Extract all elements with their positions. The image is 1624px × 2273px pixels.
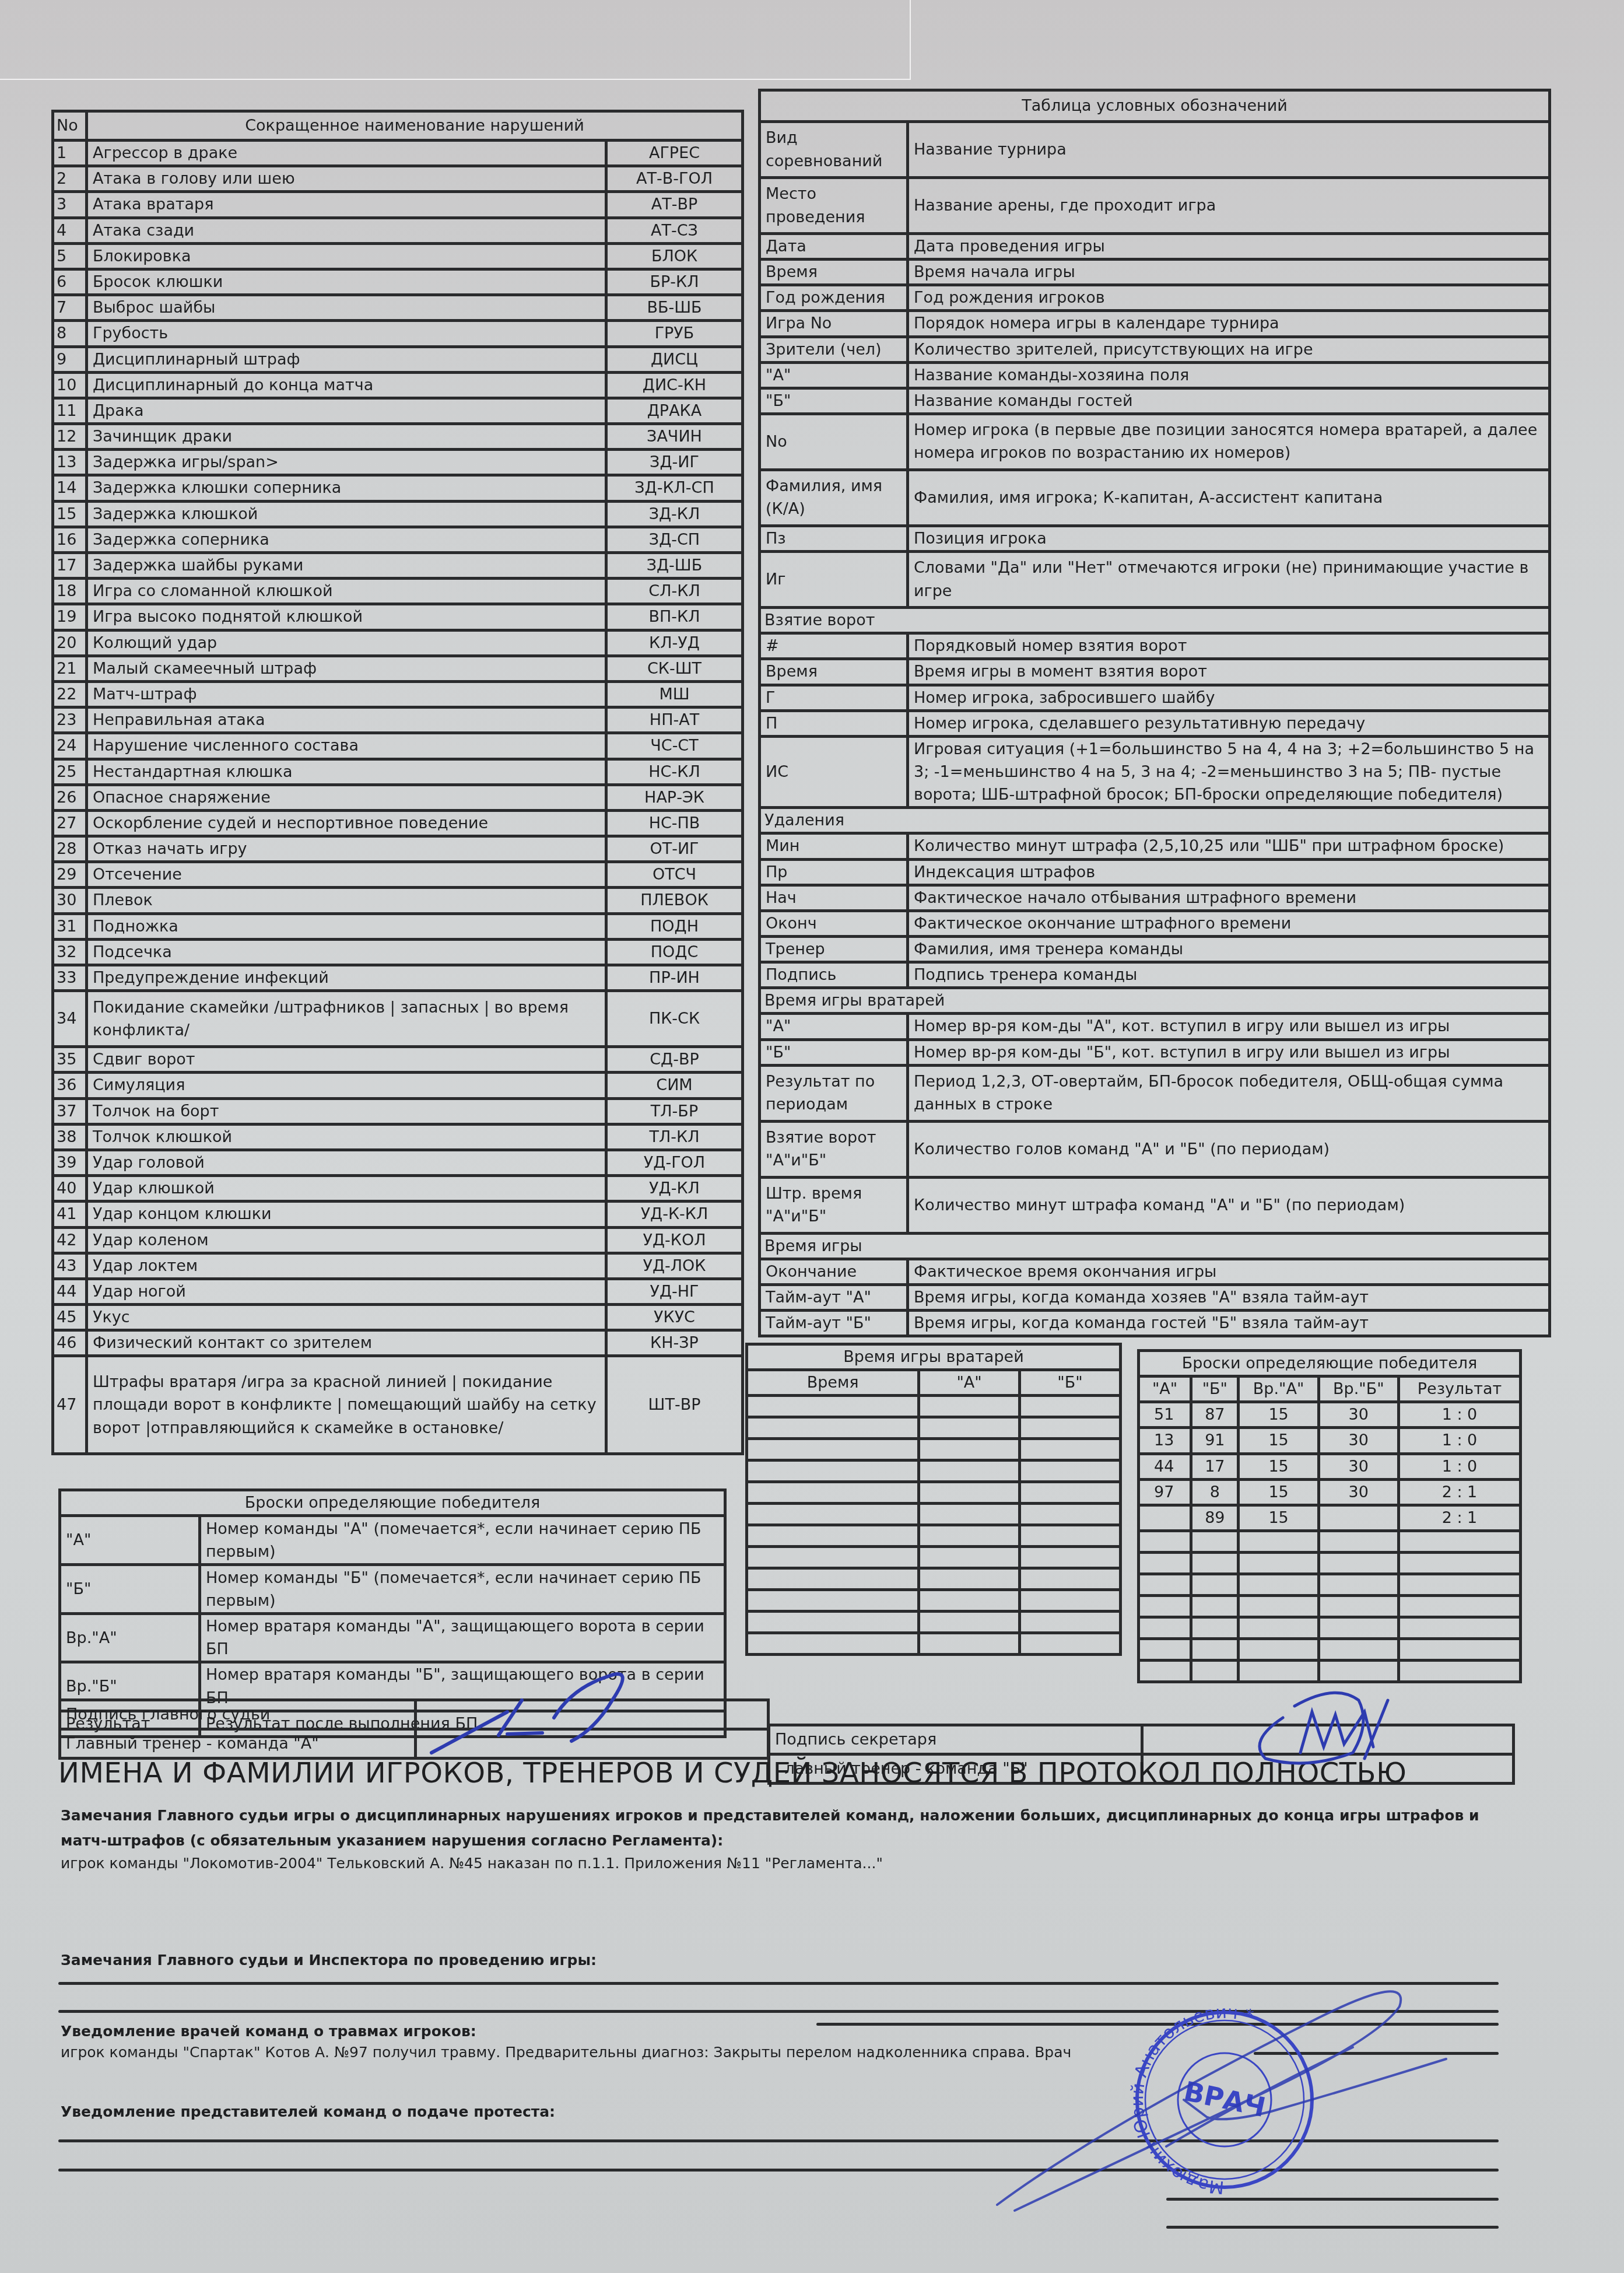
- violation-code: ПОДС: [606, 939, 743, 965]
- violation-row: 47Штрафы вратаря /игра за красной линией…: [53, 1356, 743, 1454]
- violation-name: Подсечка: [87, 939, 606, 965]
- violation-code: ВП-КЛ: [606, 604, 743, 630]
- shootout-row: 518715301 : 0: [1139, 1402, 1521, 1428]
- goalie-time-cell-b[interactable]: [1020, 1439, 1121, 1461]
- violation-name: Сдвиг ворот: [87, 1047, 606, 1073]
- violation-row: 45УкусУКУС: [53, 1305, 743, 1330]
- shootout-legend-value: Номер команды "Б" (помечается*, если нач…: [200, 1565, 725, 1614]
- violation-code: СИМ: [606, 1073, 743, 1098]
- shootout-cell-goalie-a[interactable]: [1239, 1574, 1318, 1595]
- violation-number: 19: [53, 604, 87, 630]
- violation-number: 45: [53, 1305, 87, 1330]
- shootout-cell-goalie-b[interactable]: [1318, 1595, 1398, 1617]
- shootout-cell-b[interactable]: [1191, 1595, 1239, 1617]
- violation-row: 43Удар локтемУД-ЛОК: [53, 1253, 743, 1279]
- legend-row: Результат по периодамПериод 1,2,3, ОТ-ов…: [760, 1065, 1550, 1121]
- goalie-time-col-a: "А": [919, 1370, 1020, 1396]
- violation-row: 36СимуляцияСИМ: [53, 1073, 743, 1098]
- shootout-legend-key: "А": [60, 1516, 200, 1565]
- head-referee-signature-label: Подпись главного судьи: [60, 1700, 416, 1729]
- goalie-time-cell-b[interactable]: [1020, 1504, 1121, 1525]
- goalie-time-row: [747, 1547, 1121, 1568]
- crop-frame: [0, 0, 911, 80]
- shootout-cell-result[interactable]: [1398, 1574, 1520, 1595]
- violation-name: Атака сзади: [87, 218, 606, 243]
- shootout-col-b: "Б": [1191, 1377, 1239, 1402]
- violation-code: ТЛ-БР: [606, 1098, 743, 1124]
- legend-key: Год рождения: [760, 285, 908, 311]
- goalie-time-cell-time[interactable]: [747, 1482, 919, 1504]
- violation-name: Задержка игры/span>: [87, 450, 606, 475]
- shootout-cell-goalie-a[interactable]: 15: [1239, 1505, 1318, 1530]
- violation-name: Физический контакт со зрителем: [87, 1330, 606, 1356]
- legend-row: "Б"Номер вр-ря ком-ды "Б", кот. вступил …: [760, 1039, 1550, 1065]
- shootout-cell-goalie-a[interactable]: [1239, 1638, 1318, 1660]
- shootout-cell-goalie-a[interactable]: [1239, 1552, 1318, 1574]
- goalie-time-table: Время игры вратарей Время "А" "Б": [745, 1343, 1122, 1656]
- legend-section-row: Время игры вратарей: [760, 988, 1550, 1014]
- shootout-cell-goalie-a[interactable]: 15: [1239, 1454, 1318, 1479]
- shootout-cell-result[interactable]: 1 : 0: [1398, 1454, 1520, 1479]
- violation-row: 46Физический контакт со зрителемКН-ЗР: [53, 1330, 743, 1356]
- violation-row: 29ОтсечениеОТСЧ: [53, 862, 743, 888]
- goalie-time-cell-b[interactable]: [1020, 1396, 1121, 1417]
- shootout-cell-result[interactable]: [1398, 1638, 1520, 1660]
- violation-row: 24Нарушение численного составаЧС-СТ: [53, 733, 743, 759]
- legend-value: Фактическое начало отбывания штрафного в…: [908, 885, 1550, 910]
- coach-a-label: Главный тренер - команда "А": [60, 1729, 416, 1759]
- violation-number: 43: [53, 1253, 87, 1279]
- goalie-time-cell-b[interactable]: [1020, 1547, 1121, 1568]
- shootout-cell-goalie-b[interactable]: [1318, 1617, 1398, 1638]
- violation-code: ГРУБ: [606, 321, 743, 346]
- legend-section-title: Время игры вратарей: [760, 988, 1550, 1014]
- violation-code: АТ-ВР: [606, 192, 743, 218]
- violation-row: 40Удар клюшкойУД-КЛ: [53, 1176, 743, 1202]
- violation-row: 23Неправильная атакаНП-АТ: [53, 708, 743, 733]
- legend-value: Позиция игрока: [908, 526, 1550, 551]
- shootout-row: [1139, 1595, 1521, 1617]
- legend-row: ТренерФамилия, имя тренера команды: [760, 936, 1550, 962]
- violation-row: 33Предупреждение инфекцийПР-ИН: [53, 965, 743, 991]
- violation-row: 18Игра со сломанной клюшкойСЛ-КЛ: [53, 579, 743, 604]
- legend-row: ГНомер игрока, забросившего шайбу: [760, 685, 1550, 710]
- shootout-cell-goalie-a[interactable]: 15: [1239, 1479, 1318, 1505]
- shootout-row: [1139, 1638, 1521, 1660]
- goalie-time-col-time: Время: [747, 1370, 919, 1396]
- goalie-time-row: [747, 1633, 1121, 1655]
- legend-row: ОкончФактическое окончание штрафного вре…: [760, 910, 1550, 936]
- shootout-cell-goalie-a[interactable]: [1239, 1617, 1318, 1638]
- violation-name: Нарушение численного состава: [87, 733, 606, 759]
- violation-code: НС-ПВ: [606, 810, 743, 836]
- head-referee-signature-icon: [420, 1665, 676, 1759]
- inspector-remarks-heading: Замечания Главного судьи и Инспектора по…: [61, 1948, 1489, 1973]
- shootout-cell-b[interactable]: 8: [1191, 1479, 1239, 1505]
- violation-code: АТ-СЗ: [606, 218, 743, 243]
- legend-key: Зрители (чел): [760, 337, 908, 362]
- goalie-time-cell-b[interactable]: [1020, 1590, 1121, 1612]
- goalie-time-row: [747, 1590, 1121, 1612]
- shootout-cell-result[interactable]: [1398, 1595, 1520, 1617]
- violation-row: 4Атака сзадиАТ-СЗ: [53, 218, 743, 243]
- shootout-cell-goalie-b[interactable]: 30: [1318, 1479, 1398, 1505]
- violation-row: 7Выброс шайбыВБ-ШБ: [53, 295, 743, 321]
- shootout-cell-result[interactable]: [1398, 1617, 1520, 1638]
- shootout-cell-b[interactable]: 89: [1191, 1505, 1239, 1530]
- violation-row: 26Опасное снаряжениеНАР-ЭК: [53, 784, 743, 810]
- shootout-cell-goalie-b[interactable]: [1318, 1638, 1398, 1660]
- violation-number: 44: [53, 1279, 87, 1304]
- shootout-legend-title: Броски определяющие победителя: [60, 1490, 725, 1516]
- violation-code: АТ-В-ГОЛ: [606, 166, 743, 192]
- goalie-time-cell-a[interactable]: [919, 1568, 1020, 1590]
- shootout-cell-result[interactable]: 1 : 0: [1398, 1428, 1520, 1454]
- protocol-sheet: No Сокращенное наименование нарушений 1А…: [0, 0, 1624, 2273]
- legend-value: Год рождения игроков: [908, 285, 1550, 311]
- shootout-cell-goalie-a[interactable]: [1239, 1660, 1318, 1682]
- goalie-time-cell-b[interactable]: [1020, 1461, 1121, 1482]
- shootout-cell-goalie-b[interactable]: [1318, 1505, 1398, 1530]
- shootout-cell-b[interactable]: [1191, 1552, 1239, 1574]
- legend-key: #: [760, 633, 908, 659]
- violation-row: 35Сдвиг воротСД-ВР: [53, 1047, 743, 1073]
- violation-code: ЗАЧИН: [606, 424, 743, 450]
- violations-table: No Сокращенное наименование нарушений 1А…: [51, 110, 744, 1455]
- violation-code: ПК-СК: [606, 991, 743, 1047]
- legend-value: Игровая ситуация (+1=большинство 5 на 4,…: [908, 736, 1550, 807]
- violation-code: СЛ-КЛ: [606, 579, 743, 604]
- legend-key: Место проведения: [760, 178, 908, 234]
- violation-name: Игра со сломанной клюшкой: [87, 579, 606, 604]
- violation-row: 34Покидание скамейки /штрафников | запас…: [53, 991, 743, 1047]
- violation-number: 20: [53, 630, 87, 656]
- legend-value: Подпись тренера команды: [908, 962, 1550, 988]
- goalie-time-cell-time[interactable]: [747, 1633, 919, 1655]
- shootout-cell-b[interactable]: [1191, 1660, 1239, 1682]
- violation-number: 38: [53, 1124, 87, 1150]
- legend-key: Дата: [760, 234, 908, 260]
- violation-name: Удар головой: [87, 1150, 606, 1175]
- goalie-time-row: [747, 1612, 1121, 1633]
- legend-row: НачФактическое начало отбывания штрафног…: [760, 885, 1550, 910]
- legend-key: Пр: [760, 859, 908, 885]
- legend-value: Словами "Да" или "Нет" отмечаются игроки…: [908, 552, 1550, 608]
- goalie-time-cell-time[interactable]: [747, 1439, 919, 1461]
- goalie-time-cell-a[interactable]: [919, 1547, 1020, 1568]
- shootout-cell-goalie-b[interactable]: 30: [1318, 1428, 1398, 1454]
- violation-row: 44Удар ногойУД-НГ: [53, 1279, 743, 1304]
- violation-code: ПЛЕВОК: [606, 888, 743, 913]
- legend-key: Фамилия, имя (К/А): [760, 470, 908, 526]
- legend-row: ПрИндексация штрафов: [760, 859, 1550, 885]
- goalie-time-cell-time[interactable]: [747, 1417, 919, 1439]
- shootout-cell-result[interactable]: 2 : 1: [1398, 1505, 1520, 1530]
- shootout-cell-b[interactable]: 17: [1191, 1454, 1239, 1479]
- violation-name: Подножка: [87, 913, 606, 939]
- goalie-time-cell-a[interactable]: [919, 1417, 1020, 1439]
- shootout-cell-result[interactable]: [1398, 1530, 1520, 1552]
- violation-name: Выброс шайбы: [87, 295, 606, 321]
- violation-code: НП-АТ: [606, 708, 743, 733]
- violation-number: 2: [53, 166, 87, 192]
- violation-number: 33: [53, 965, 87, 991]
- secretary-signature-label: Подпись секретаря: [769, 1725, 1142, 1754]
- shootout-cell-a[interactable]: [1139, 1552, 1191, 1574]
- secretary-signature-icon: [1248, 1689, 1423, 1782]
- violation-row: 9Дисциплинарный штрафДИСЦ: [53, 346, 743, 372]
- legend-section-title: Время игры: [760, 1233, 1550, 1259]
- shootout-cell-goalie-b[interactable]: [1318, 1660, 1398, 1682]
- goalie-time-cell-b[interactable]: [1020, 1568, 1121, 1590]
- violation-number: 4: [53, 218, 87, 243]
- violation-row: 28Отказ начать игруОТ-ИГ: [53, 836, 743, 862]
- violation-name: Удар концом клюшки: [87, 1202, 606, 1227]
- legend-row: Игра NoПорядок номера игры в календаре т…: [760, 311, 1550, 337]
- shootout-legend-value: Номер команды "А" (помечается*, если нач…: [200, 1516, 725, 1565]
- legend-row: "А"Номер вр-ря ком-ды "А", кот. вступил …: [760, 1014, 1550, 1039]
- violation-name: Игра высоко поднятой клюшкой: [87, 604, 606, 630]
- violation-number: 18: [53, 579, 87, 604]
- shootout-cell-goalie-a[interactable]: 15: [1239, 1402, 1318, 1428]
- shootout-legend-key: Вр."А": [60, 1614, 200, 1662]
- violation-number: 12: [53, 424, 87, 450]
- violation-code: КН-ЗР: [606, 1330, 743, 1356]
- violation-number: 14: [53, 475, 87, 501]
- legend-row: ПзПозиция игрока: [760, 526, 1550, 551]
- shootout-cell-a[interactable]: 97: [1139, 1479, 1191, 1505]
- shootout-row: [1139, 1660, 1521, 1682]
- violation-name: Малый скамеечный штраф: [87, 656, 606, 681]
- goalie-time-cell-a[interactable]: [919, 1525, 1020, 1547]
- violation-name: Задержка шайбы руками: [87, 553, 606, 579]
- shootout-cell-a[interactable]: [1139, 1530, 1191, 1552]
- violation-row: 13Задержка игры/span>ЗД-ИГ: [53, 450, 743, 475]
- goalie-time-cell-a[interactable]: [919, 1612, 1020, 1633]
- goalie-time-cell-time[interactable]: [747, 1461, 919, 1482]
- shootout-cell-a[interactable]: 51: [1139, 1402, 1191, 1428]
- shootout-cell-goalie-b[interactable]: [1318, 1530, 1398, 1552]
- shootout-cell-result[interactable]: [1398, 1552, 1520, 1574]
- shootout-cell-goalie-b[interactable]: [1318, 1574, 1398, 1595]
- goalie-time-row: [747, 1439, 1121, 1461]
- violation-code: ОТ-ИГ: [606, 836, 743, 862]
- legend-row: Тайм-аут "Б"Время игры, когда команда го…: [760, 1311, 1550, 1336]
- legend-value: Период 1,2,3, ОТ-овертайм, БП-бросок поб…: [908, 1065, 1550, 1121]
- goalie-time-cell-time[interactable]: [747, 1504, 919, 1525]
- shootout-cell-a[interactable]: [1139, 1505, 1191, 1530]
- shootout-legend-row: Вр."А"Номер вратаря команды "А", защищаю…: [60, 1614, 725, 1662]
- shootout-cell-b[interactable]: 87: [1191, 1402, 1239, 1428]
- legend-key: ИС: [760, 736, 908, 807]
- violation-name: Толчок на борт: [87, 1098, 606, 1124]
- goalie-time-cell-time[interactable]: [747, 1396, 919, 1417]
- violation-name: Предупреждение инфекций: [87, 965, 606, 991]
- shootout-cell-a[interactable]: [1139, 1660, 1191, 1682]
- legend-key: Штр. время "А"и"Б": [760, 1177, 908, 1233]
- violation-row: 6Бросок клюшкиБР-КЛ: [53, 269, 743, 295]
- shootout-row: 139115301 : 0: [1139, 1428, 1521, 1454]
- violation-row: 14Задержка клюшки соперникаЗД-КЛ-СП: [53, 475, 743, 501]
- goalie-time-cell-a[interactable]: [919, 1482, 1020, 1504]
- legend-row: ПодписьПодпись тренера команды: [760, 962, 1550, 988]
- shootout-cell-result[interactable]: [1398, 1660, 1520, 1682]
- goalie-time-cell-time[interactable]: [747, 1547, 919, 1568]
- legend-value: Название арены, где проходит игра: [908, 178, 1550, 234]
- legend-key: Нач: [760, 885, 908, 910]
- goalie-time-cell-b[interactable]: [1020, 1417, 1121, 1439]
- violation-code: ЗД-КЛ: [606, 501, 743, 527]
- legend-row: "А"Название команды-хозяина поля: [760, 362, 1550, 388]
- shootout-cell-b[interactable]: 91: [1191, 1428, 1239, 1454]
- legend-value: Номер вр-ря ком-ды "А", кот. вступил в и…: [908, 1014, 1550, 1039]
- referee-remarks-text[interactable]: игрок команды "Локомотив-2004" Тельковск…: [61, 1855, 883, 1872]
- violation-number: 25: [53, 759, 87, 784]
- violation-code: ОТСЧ: [606, 862, 743, 888]
- legend-section-row: Удаления: [760, 808, 1550, 833]
- shootout-table: Броски определяющие победителя "А" "Б" В…: [1137, 1349, 1522, 1683]
- violation-number: 23: [53, 708, 87, 733]
- legend-value: Номер игрока, забросившего шайбу: [908, 685, 1550, 710]
- violation-number: 39: [53, 1150, 87, 1175]
- legend-section-row: Время игры: [760, 1233, 1550, 1259]
- shootout-cell-goalie-a[interactable]: [1239, 1595, 1318, 1617]
- shootout-cell-result[interactable]: 1 : 0: [1398, 1402, 1520, 1428]
- violation-row: 5БлокировкаБЛОК: [53, 243, 743, 269]
- violation-code: СД-ВР: [606, 1047, 743, 1073]
- legend-row: ВремяВремя игры в момент взятия ворот: [760, 659, 1550, 685]
- shootout-cell-a[interactable]: [1139, 1595, 1191, 1617]
- shootout-cell-a[interactable]: [1139, 1574, 1191, 1595]
- violation-row: 41Удар концом клюшкиУД-К-КЛ: [53, 1202, 743, 1227]
- shootout-row: 97815302 : 1: [1139, 1479, 1521, 1505]
- shootout-cell-result[interactable]: 2 : 1: [1398, 1479, 1520, 1505]
- violation-code: УД-ГОЛ: [606, 1150, 743, 1175]
- violation-name: Оскорбление судей и неспортивное поведен…: [87, 810, 606, 836]
- legend-row: ПНомер игрока, сделавшего результативную…: [760, 710, 1550, 736]
- legend-row: "Б"Название команды гостей: [760, 388, 1550, 414]
- goalie-time-cell-a[interactable]: [919, 1633, 1020, 1655]
- shootout-cell-a[interactable]: [1139, 1638, 1191, 1660]
- violation-name: Удар коленом: [87, 1227, 606, 1253]
- goalie-time-cell-time[interactable]: [747, 1590, 919, 1612]
- goalie-time-cell-time[interactable]: [747, 1568, 919, 1590]
- goalie-time-cell-time[interactable]: [747, 1525, 919, 1547]
- legend-key: Вид соревнований: [760, 122, 908, 178]
- violation-row: 27Оскорбление судей и неспортивное повед…: [53, 810, 743, 836]
- legend-row: Вид соревнованийНазвание турнира: [760, 122, 1550, 178]
- legend-title: Таблица условных обозначений: [760, 90, 1550, 122]
- violation-name: Симуляция: [87, 1073, 606, 1098]
- legend-value: Количество минут штрафа команд "А" и "Б"…: [908, 1177, 1550, 1233]
- goalie-time-cell-b[interactable]: [1020, 1482, 1121, 1504]
- legend-key: Оконч: [760, 910, 908, 936]
- shootout-row: 441715301 : 0: [1139, 1454, 1521, 1479]
- legend-value: Номер игрока (в первые две позиции занос…: [908, 414, 1550, 470]
- goalie-time-cell-a[interactable]: [919, 1504, 1020, 1525]
- injury-text[interactable]: игрок команды "Спартак" Котов А. №97 пол…: [61, 2044, 1071, 2061]
- shootout-cell-b[interactable]: [1191, 1617, 1239, 1638]
- violation-name: Отказ начать игру: [87, 836, 606, 862]
- violation-number: 32: [53, 939, 87, 965]
- violation-row: 12Зачинщик дракиЗАЧИН: [53, 424, 743, 450]
- legend-row: ВремяВремя начала игры: [760, 260, 1550, 285]
- shootout-cell-goalie-b[interactable]: 30: [1318, 1402, 1398, 1428]
- violation-row: 17Задержка шайбы рукамиЗД-ШБ: [53, 553, 743, 579]
- shootout-cell-a[interactable]: 44: [1139, 1454, 1191, 1479]
- shootout-col-goalie-b: Вр."Б": [1318, 1377, 1398, 1402]
- violation-row: 38Толчок клюшкойТЛ-КЛ: [53, 1124, 743, 1150]
- goalie-time-row: [747, 1525, 1121, 1547]
- legend-row: Штр. время "А"и"Б"Количество минут штраф…: [760, 1177, 1550, 1233]
- goalie-time-cell-a[interactable]: [919, 1439, 1020, 1461]
- violation-code: УД-К-КЛ: [606, 1202, 743, 1227]
- violation-name: Удар клюшкой: [87, 1176, 606, 1202]
- violation-code: ВБ-ШБ: [606, 295, 743, 321]
- legend-row: Зрители (чел)Количество зрителей, присут…: [760, 337, 1550, 362]
- goalie-time-cell-time[interactable]: [747, 1612, 919, 1633]
- shootout-cell-b[interactable]: [1191, 1530, 1239, 1552]
- shootout-cell-goalie-a[interactable]: [1239, 1530, 1318, 1552]
- violation-number: 40: [53, 1176, 87, 1202]
- violation-number: 5: [53, 243, 87, 269]
- violation-number: 9: [53, 346, 87, 372]
- goalie-time-cell-b[interactable]: [1020, 1612, 1121, 1633]
- legend-value: Индексация штрафов: [908, 859, 1550, 885]
- goalie-time-cell-a[interactable]: [919, 1590, 1020, 1612]
- legend-key: Тренер: [760, 936, 908, 962]
- legend-key: No: [760, 414, 908, 470]
- legend-row: Фамилия, имя (К/А)Фамилия, имя игрока; К…: [760, 470, 1550, 526]
- shootout-cell-goalie-b[interactable]: [1318, 1552, 1398, 1574]
- shootout-cell-goalie-a[interactable]: 15: [1239, 1428, 1318, 1454]
- doctor-signature-icon: [991, 1971, 1469, 2216]
- violation-row: 32ПодсечкаПОДС: [53, 939, 743, 965]
- goalie-time-cell-a[interactable]: [919, 1396, 1020, 1417]
- goalie-time-cell-a[interactable]: [919, 1461, 1020, 1482]
- legend-key: "А": [760, 1014, 908, 1039]
- goalie-time-cell-b[interactable]: [1020, 1633, 1121, 1655]
- legend-key: Мин: [760, 833, 908, 859]
- legend-key: "Б": [760, 1039, 908, 1065]
- violation-name: Плевок: [87, 888, 606, 913]
- violation-name: Драка: [87, 398, 606, 423]
- legend-key: "Б": [760, 388, 908, 414]
- legend-key: Игра No: [760, 311, 908, 337]
- legend-value: Название команды-хозяина поля: [908, 362, 1550, 388]
- legend-value: Количество зрителей, присутствующих на и…: [908, 337, 1550, 362]
- protest-line-4[interactable]: [1166, 2226, 1499, 2229]
- shootout-cell-goalie-b[interactable]: 30: [1318, 1454, 1398, 1479]
- legend-table: Таблица условных обозначений Вид соревно…: [758, 89, 1551, 1337]
- violation-number: 46: [53, 1330, 87, 1356]
- shootout-cell-a[interactable]: 13: [1139, 1428, 1191, 1454]
- legend-value: Номер игрока, сделавшего результативную …: [908, 710, 1550, 736]
- violation-code: НС-КЛ: [606, 759, 743, 784]
- shootout-cell-b[interactable]: [1191, 1574, 1239, 1595]
- violation-number: 16: [53, 527, 87, 552]
- shootout-cell-a[interactable]: [1139, 1617, 1191, 1638]
- violation-number: 21: [53, 656, 87, 681]
- violation-row: 11ДракаДРАКА: [53, 398, 743, 423]
- legend-key: Пз: [760, 526, 908, 551]
- violation-row: 31ПодножкаПОДН: [53, 913, 743, 939]
- shootout-cell-b[interactable]: [1191, 1638, 1239, 1660]
- legend-key: Время: [760, 260, 908, 285]
- violation-row: 42Удар коленомУД-КОЛ: [53, 1227, 743, 1253]
- goalie-time-cell-b[interactable]: [1020, 1525, 1121, 1547]
- violation-code: ТЛ-КЛ: [606, 1124, 743, 1150]
